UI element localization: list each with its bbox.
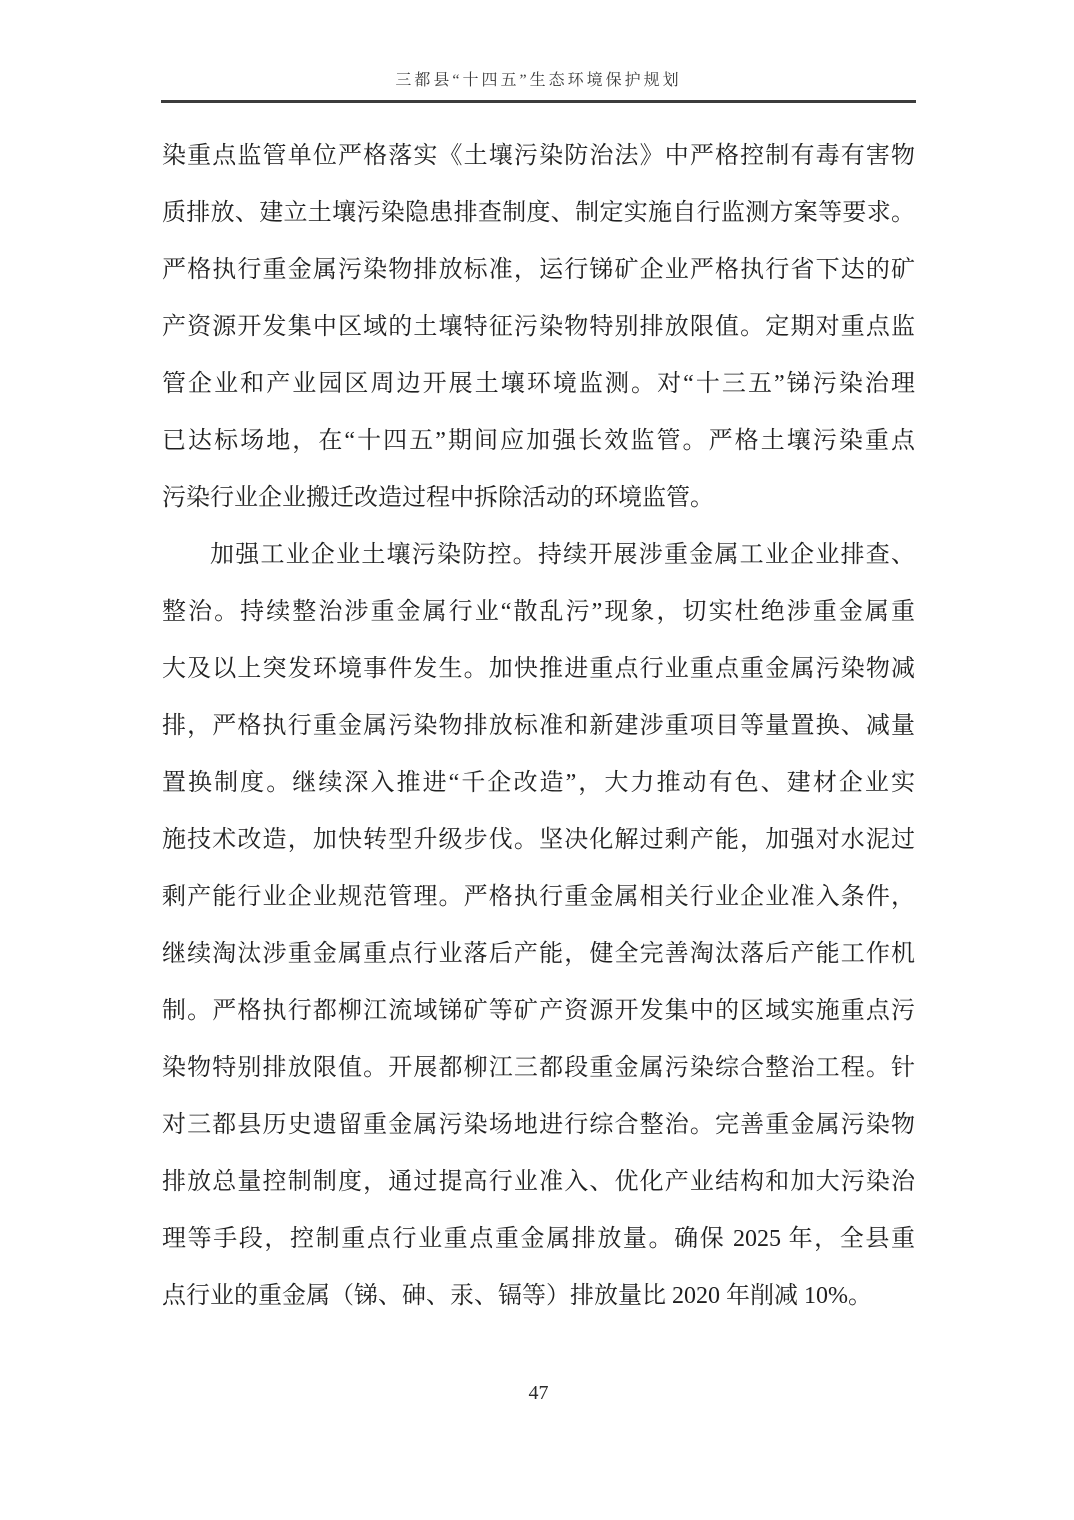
body-line: 污染行业企业搬迁改造过程中拆除活动的环境监管。 <box>162 470 915 527</box>
body-line: 加强工业企业土壤污染防控。持续开展涉重金属工业企业排查、 <box>162 527 915 584</box>
body-line: 剩产能行业企业规范管理。严格执行重金属相关行业企业准入条件， <box>162 869 915 926</box>
body-line: 继续淘汰涉重金属重点行业落后产能，健全完善淘汰落后产能工作机 <box>162 926 915 983</box>
page-header: 三都县“十四五”生态环境保护规划 <box>161 70 916 103</box>
body-line: 管企业和产业园区周边开展土壤环境监测。对“十三五”锑污染治理 <box>162 356 915 413</box>
body-line: 排，严格执行重金属污染物排放标准和新建涉重项目等量置换、减量 <box>162 698 915 755</box>
page-footer: 47 <box>161 1382 916 1405</box>
body-line: 染重点监管单位严格落实《土壤污染防治法》中严格控制有毒有害物 <box>162 128 915 185</box>
body-line: 严格执行重金属污染物排放标准，运行锑矿企业严格执行省下达的矿 <box>162 242 915 299</box>
body-line: 整治。持续整治涉重金属行业“散乱污”现象，切实杜绝涉重金属重 <box>162 584 915 641</box>
body-line: 已达标场地，在“十四五”期间应加强长效监管。严格土壤污染重点 <box>162 413 915 470</box>
document-page: 三都县“十四五”生态环境保护规划 染重点监管单位严格落实《土壤污染防治法》中严格… <box>0 0 1074 1520</box>
body-line: 制。严格执行都柳江流域锑矿等矿产资源开发集中的区域实施重点污 <box>162 983 915 1040</box>
body-line: 排放总量控制制度，通过提高行业准入、优化产业结构和加大污染治 <box>162 1154 915 1211</box>
document-body: 染重点监管单位严格落实《土壤污染防治法》中严格控制有毒有害物 质排放、建立土壤污… <box>162 128 915 1325</box>
body-line: 质排放、建立土壤污染隐患排查制度、制定实施自行监测方案等要求。 <box>162 185 915 242</box>
body-line: 点行业的重金属（锑、砷、汞、镉等）排放量比 2020 年削减 10%。 <box>162 1268 915 1325</box>
body-line: 产资源开发集中区域的土壤特征污染物特别排放限值。定期对重点监 <box>162 299 915 356</box>
body-line: 染物特别排放限值。开展都柳江三都段重金属污染综合整治工程。针 <box>162 1040 915 1097</box>
body-line: 大及以上突发环境事件发生。加快推进重点行业重点重金属污染物减 <box>162 641 915 698</box>
body-line: 施技术改造，加快转型升级步伐。坚决化解过剩产能，加强对水泥过 <box>162 812 915 869</box>
document-header-title: 三都县“十四五”生态环境保护规划 <box>395 72 681 89</box>
body-line: 置换制度。继续深入推进“千企改造”，大力推动有色、建材企业实 <box>162 755 915 812</box>
body-line: 理等手段，控制重点行业重点重金属排放量。确保 2025 年，全县重 <box>162 1211 915 1268</box>
body-line: 对三都县历史遗留重金属污染场地进行综合整治。完善重金属污染物 <box>162 1097 915 1154</box>
page-number: 47 <box>529 1382 549 1404</box>
